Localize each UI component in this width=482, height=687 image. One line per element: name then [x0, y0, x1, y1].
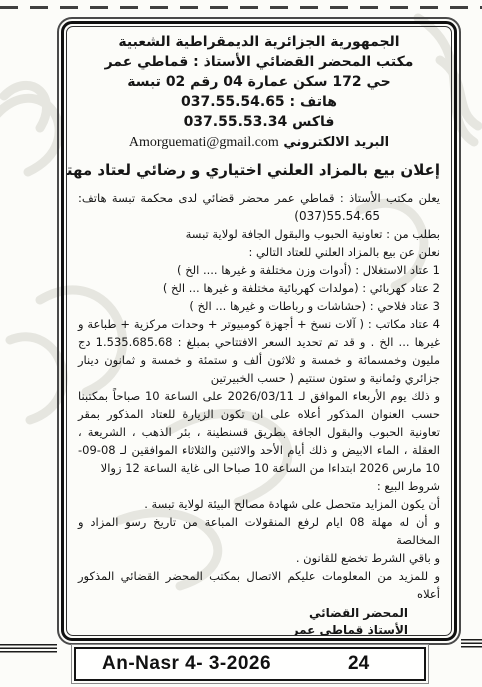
conditions-title: شروط البيع : [78, 477, 440, 495]
top-edge-dashed-rule [0, 6, 482, 9]
email-address: Amorguemati@gmail.com [129, 135, 279, 150]
condition-1: أن يكون المزايد متحصل على شهادة مصالح ال… [78, 495, 440, 513]
lot-item-4-with-price: 4 عتاد مكاتب : ( آلات نسخ + أجهزة كومبيو… [78, 315, 440, 387]
announce-line: نعلن عن بيع بالمزاد العلني للعتاد التالي… [78, 243, 440, 261]
signature-block: المحضر القضائي الأستاذ قماطي عمر [78, 605, 440, 636]
office-name: مكتب المحضر القضائي الأستاذ : قماطي عمر [78, 52, 440, 72]
lot-item-3: 3 عتاد فلاحي : (حشاشات و رباطات و غيرها … [78, 297, 440, 315]
lot-item-2: 2 عتاد كهربائي : (مولدات كهربائية مختلفة… [78, 279, 440, 297]
lot-item-1: 1 عتاد الاستغلال : (أدوات وزن مختلفة و غ… [78, 261, 440, 279]
auction-until: غاية الساعة 12 زوالا [101, 461, 200, 475]
journal-footer-box: An-Nasr 4- 3-2026 24 [74, 647, 426, 681]
office-email-line: البريد الالكتروني Amorguemati@gmail.com [78, 132, 440, 153]
condition-3: و باقي الشرط تخضع للقانون . [78, 549, 440, 567]
intro-line: يعلن مكتب الأستاذ : قماطي عمر محضر قضائي… [78, 189, 440, 207]
office-address: حي 172 سكن عمارة 04 رقم 02 تبسة [78, 72, 440, 92]
scanned-notice-page: الجمهورية الجزائرية الديمقراطية الشعبية … [0, 0, 482, 687]
condition-2: و أن له مهلة 08 ايام لرفع المنقولات المب… [78, 513, 440, 549]
notice-frame-inner-line: الجمهورية الجزائرية الديمقراطية الشعبية … [66, 26, 452, 636]
signature-role: المحضر القضائي [78, 605, 408, 622]
office-fax: فاكس 037.55.53.34 [78, 112, 440, 132]
auction-date-paragraph: و ذلك يوم الأربعاء الموافق لـ 2026/03/11… [78, 387, 440, 477]
left-edge-rules [0, 644, 57, 654]
republic-header: الجمهورية الجزائرية الديمقراطية الشعبية [78, 32, 440, 52]
office-phone: هاتف : 037.55.54.65 [78, 92, 440, 112]
request-line: بطلب من : تعاونية الحبوب والبقول الجافة … [78, 225, 440, 243]
notice-title: إعلان بيع بالمزاد العلني اختياري و رضائي… [78, 160, 440, 180]
signature-name: الأستاذ قماطي عمر [78, 622, 408, 636]
condition-4: و للمزيد من المعلومات عليكم الاتصال بمكت… [78, 567, 440, 603]
right-edge-rules [461, 639, 482, 649]
notice-content: الجمهورية الجزائرية الديمقراطية الشعبية … [78, 32, 440, 636]
intro-phone-number: (037)55.54.65 [78, 207, 440, 225]
journal-page-number: 24 [348, 653, 369, 675]
email-label: البريد الالكتروني [283, 135, 389, 150]
journal-name-date: An-Nasr 4- 3-2026 [102, 653, 271, 675]
notice-frame-middle-line: الجمهورية الجزائرية الديمقراطية الشعبية … [61, 21, 457, 641]
notice-frame: الجمهورية الجزائرية الديمقراطية الشعبية … [57, 17, 461, 645]
notice-body: يعلن مكتب الأستاذ : قماطي عمر محضر قضائي… [78, 189, 440, 636]
